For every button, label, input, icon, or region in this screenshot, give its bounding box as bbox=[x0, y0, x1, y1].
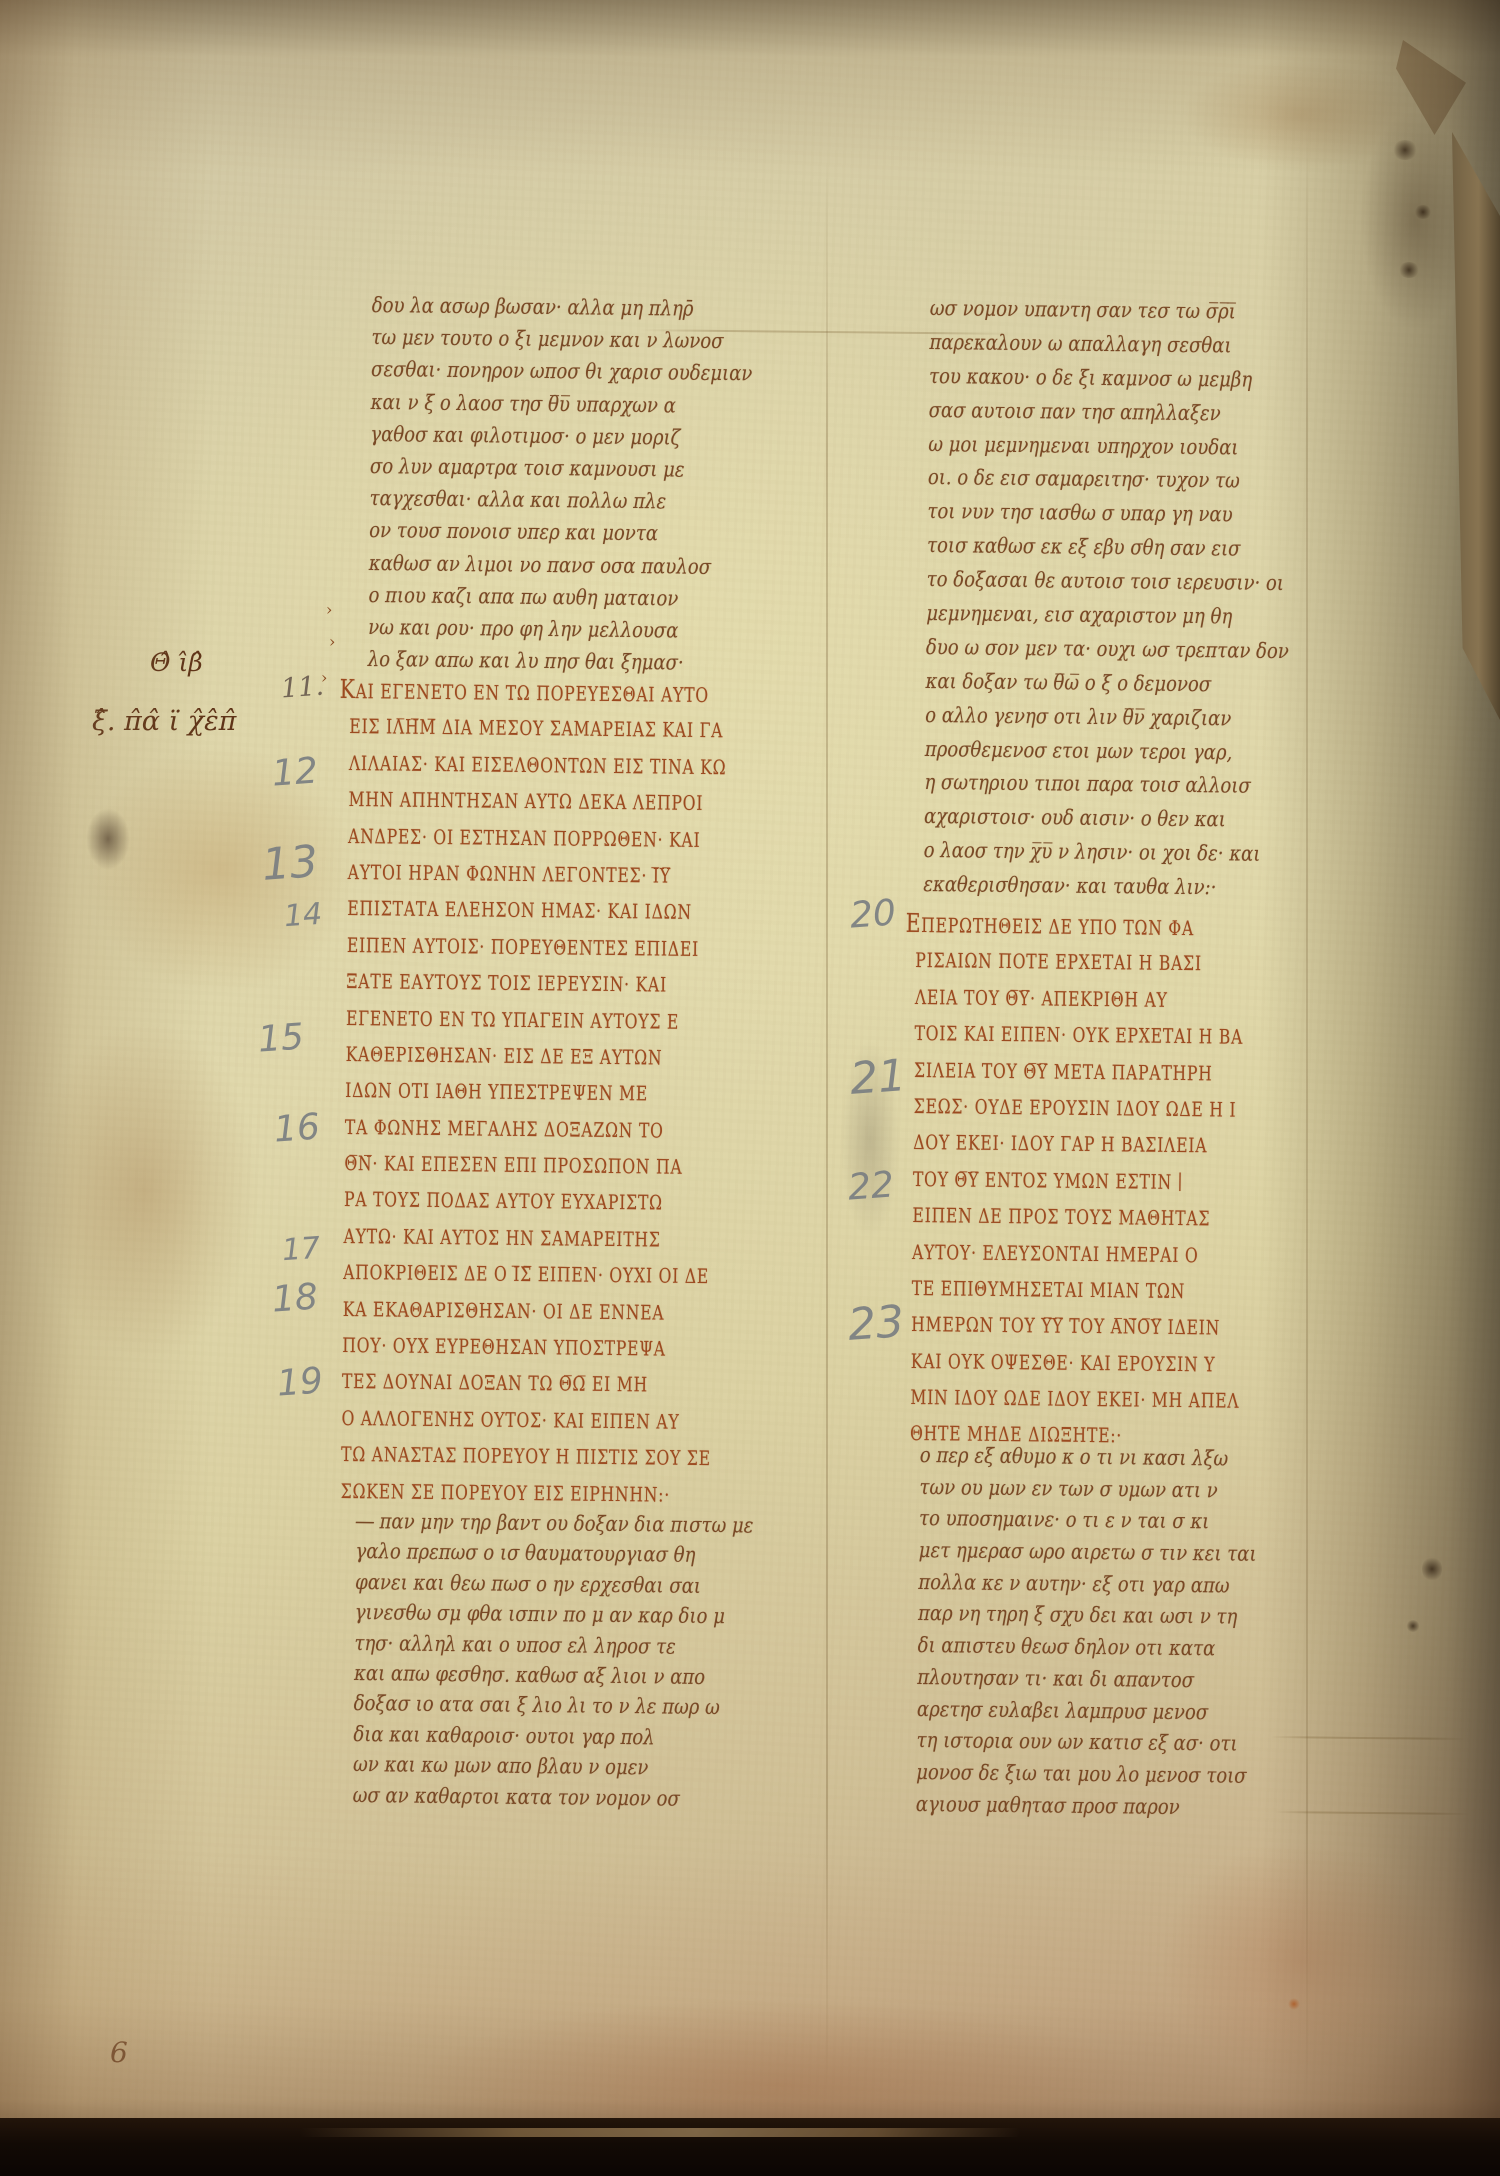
under-leaf-edge bbox=[300, 2128, 1020, 2137]
manuscript-photo: δου λα ασωρ βωσαν· αλλα μη πληρ̄τω μεν τ… bbox=[0, 0, 1500, 2176]
page-shadow-bottom bbox=[0, 0, 1500, 2176]
manuscript-page: δου λα ασωρ βωσαν· αλλα μη πληρ̄τω μεν τ… bbox=[0, 0, 1500, 2176]
background-bottom bbox=[0, 2118, 1500, 2176]
